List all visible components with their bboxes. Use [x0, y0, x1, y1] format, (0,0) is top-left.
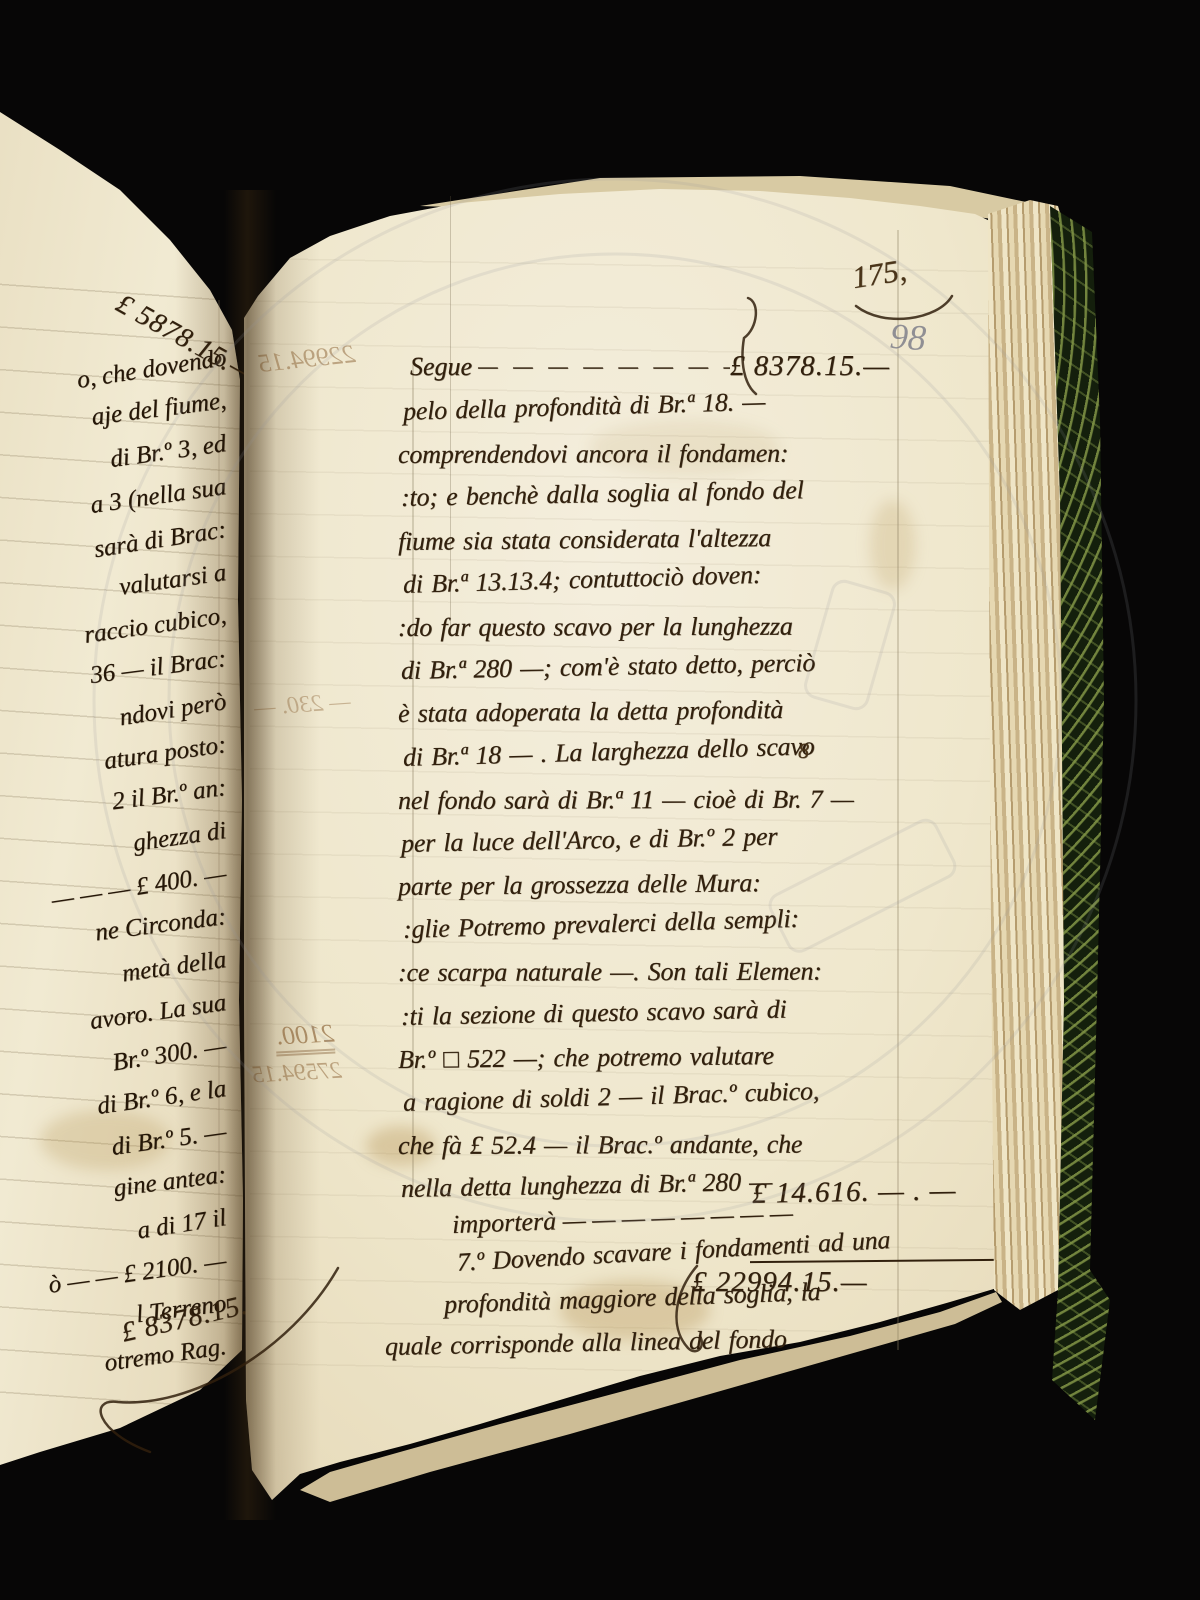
margin-note: 8 — [798, 738, 809, 764]
bleedthrough-number: 2100. — [275, 1018, 335, 1056]
manuscript-photo: £ 5878.15.— o, che dovendoaje del fiume,… — [0, 0, 1200, 1600]
manuscript-line: di Br.ª 280 —; com'è stato detto, perciò — [398, 640, 854, 692]
gutter-shadow — [224, 190, 276, 1520]
dash-leader: — — — — — — — — — — — [472, 353, 730, 379]
amount-22994-total: £ 22994.15.— — [692, 1266, 868, 1299]
left-page-text: o, che dovendoaje del fiume,di Br.º 3, e… — [0, 336, 226, 1368]
manuscript-line: :ti la sezione di questo scavo sarà di — [398, 986, 854, 1038]
right-page-text: pelo della profondità di Br.ª 18. —compr… — [398, 390, 854, 1211]
paper-stain — [870, 500, 915, 590]
manuscript-line: per la luce dell'Arco, e di Br.º 2 per — [398, 813, 854, 865]
manuscript-line: :to; e benchè dalla soglia al fondo del — [398, 468, 854, 520]
segue-label: Segue — [410, 352, 472, 382]
folio-number-pencil: 98 — [889, 315, 928, 359]
manuscript-line: quale corrisponde alla linea del fondo — [382, 1316, 891, 1368]
